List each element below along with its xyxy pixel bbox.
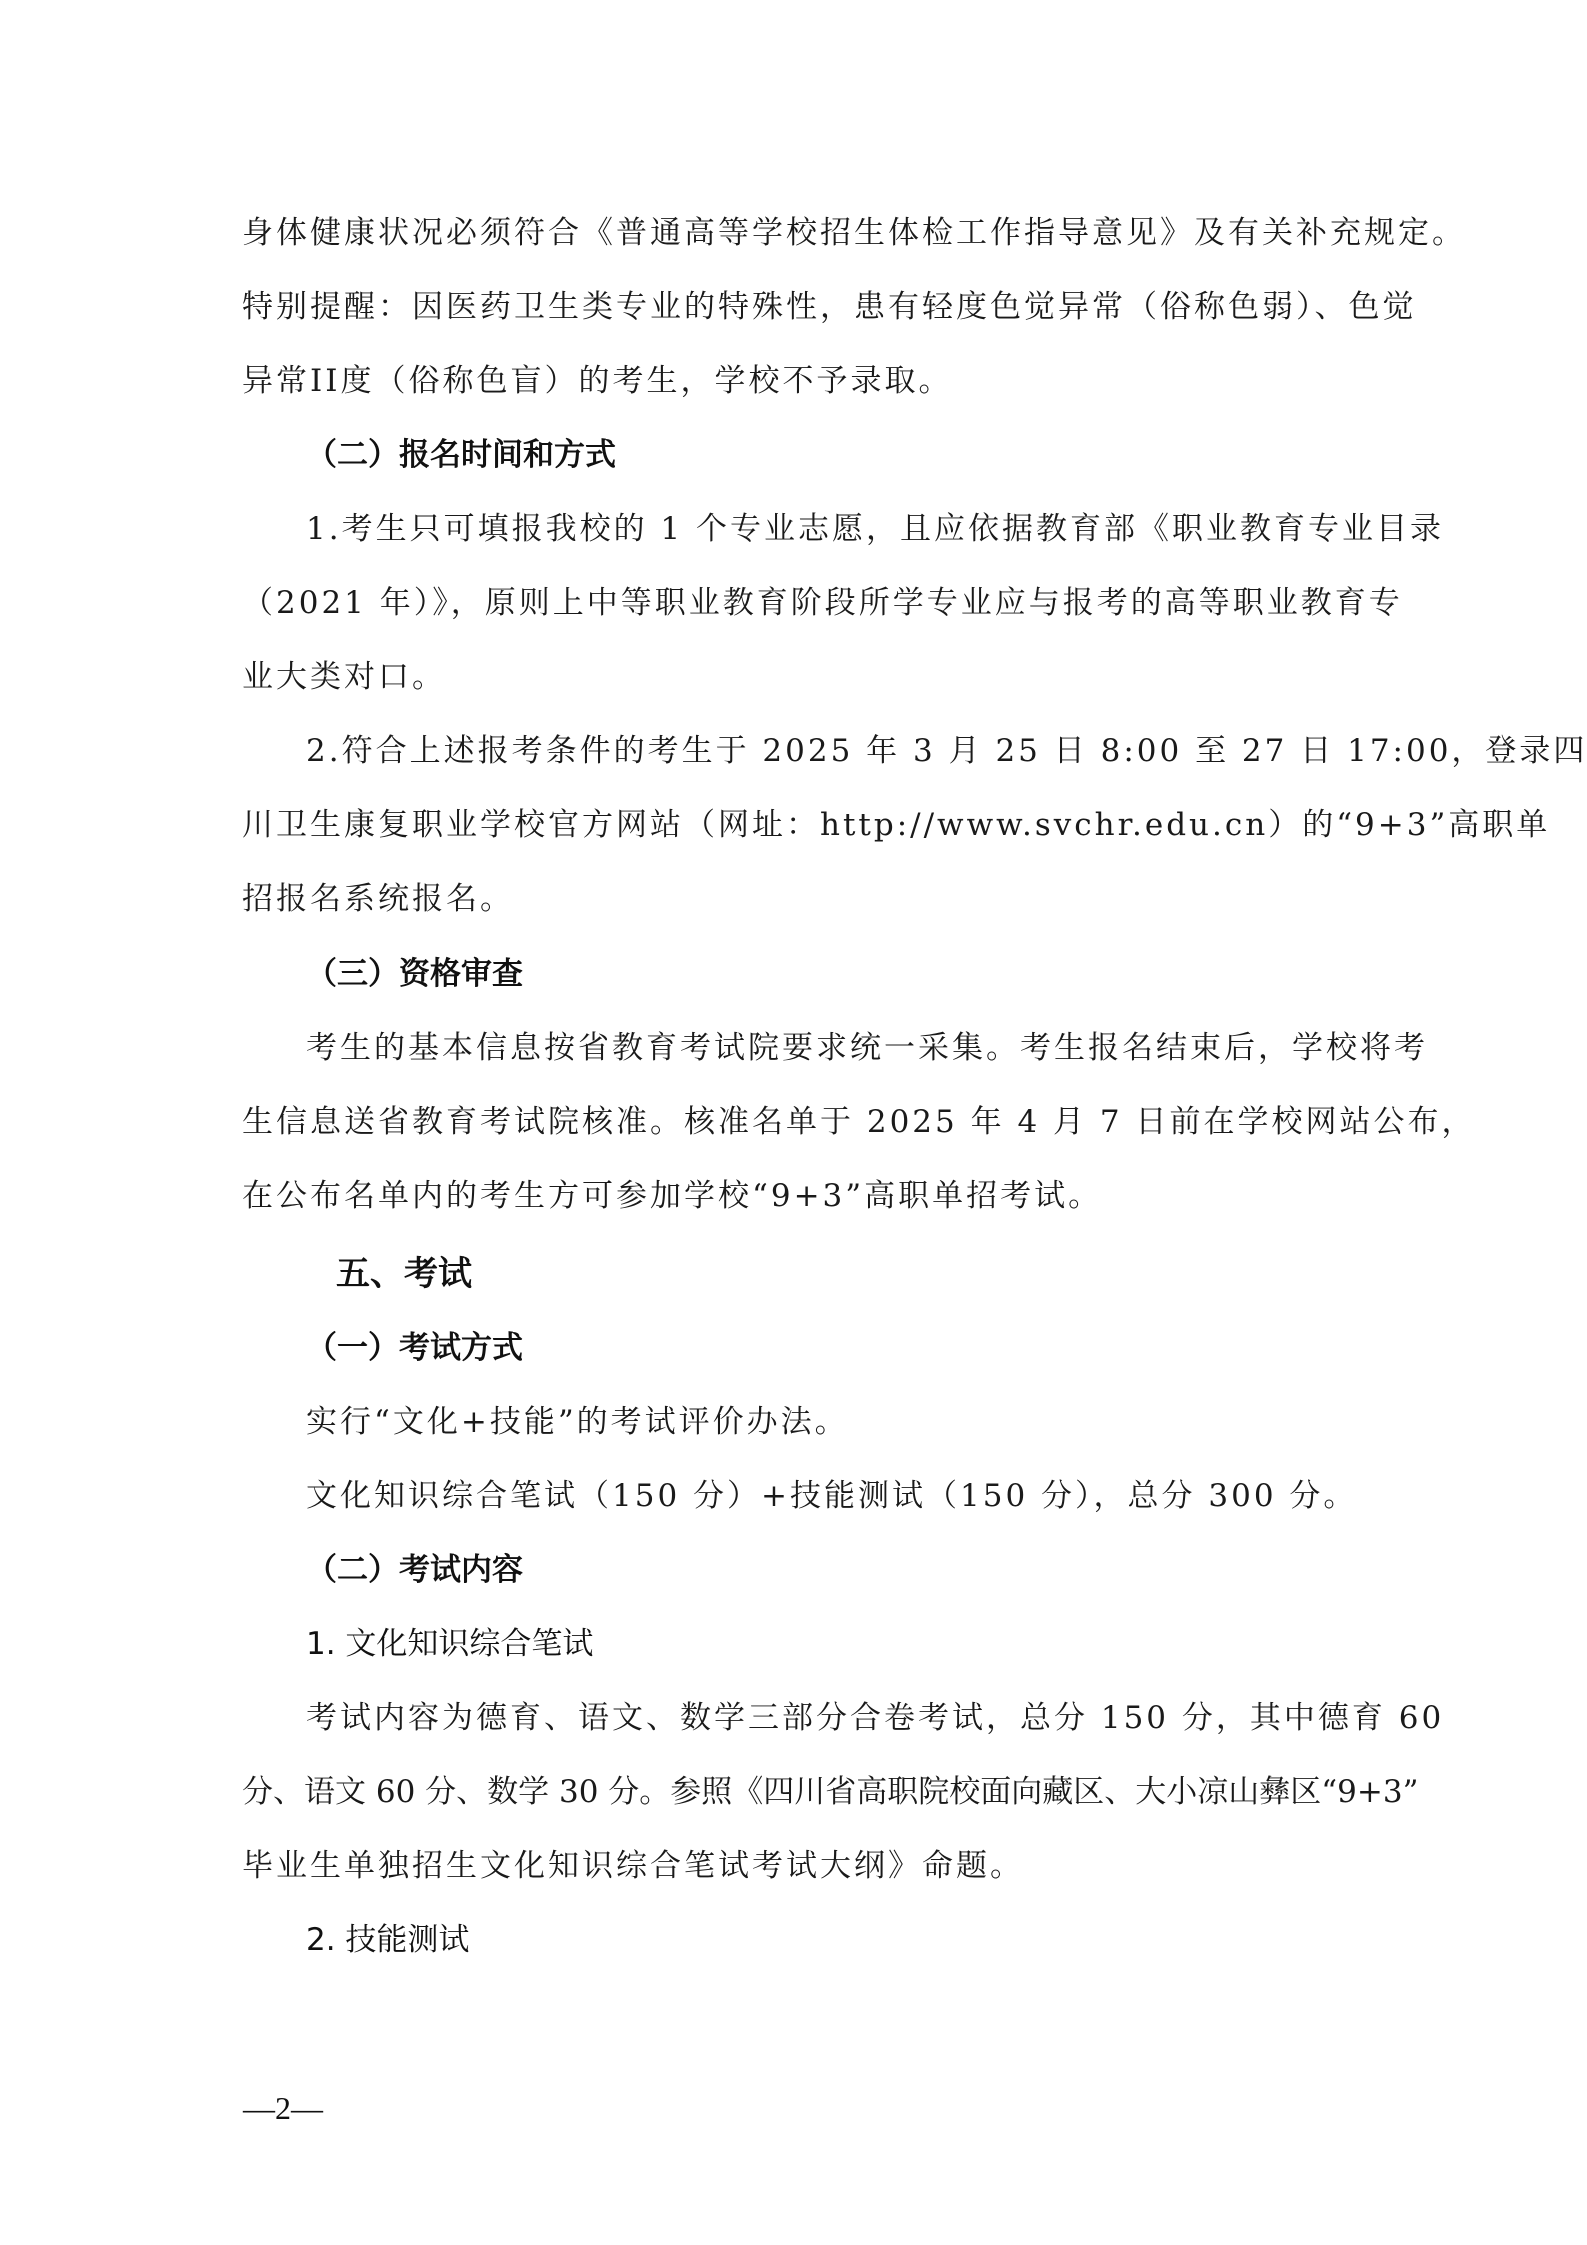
document-page: 身体健康状况必须符合《普通高等学校招生体检工作指导意见》及有关补充规定。 特别提…: [0, 0, 1587, 2245]
paragraph-line: 在公布名单内的考生方可参加学校“9+3”高职单招考试。: [242, 1176, 1352, 1216]
paragraph-line: 异常II度（俗称色盲）的考生，学校不予录取。: [242, 361, 1352, 401]
subsection-heading-skill-test: 2. 技能测试: [306, 1920, 469, 1960]
section-heading-qualification: （三）资格审查: [306, 954, 523, 994]
paragraph-line: 川卫生康复职业学校官方网站（网址：http://www.svchr.edu.cn…: [242, 805, 1352, 845]
chapter-heading-exam: 五、考试: [336, 1252, 472, 1296]
section-heading-exam-content: （二）考试内容: [306, 1550, 523, 1590]
section-heading-exam-method: （一）考试方式: [306, 1328, 523, 1368]
paragraph-line: 生信息送省教育考试院核准。核准名单于 2025 年 4 月 7 日前在学校网站公…: [242, 1102, 1352, 1142]
paragraph-line: 分、语文 60 分、数学 30 分。参照《四川省高职院校面向藏区、大小凉山彝区“…: [242, 1772, 1352, 1812]
paragraph-line: 业大类对口。: [242, 657, 1352, 697]
paragraph-line: 招报名系统报名。: [242, 879, 1352, 919]
paragraph-line: 考试内容为德育、语文、数学三部分合卷考试，总分 150 分，其中德育 60: [306, 1698, 1352, 1738]
section-heading-registration: （二）报名时间和方式: [306, 435, 616, 475]
paragraph-line: 文化知识综合笔试（150 分）+技能测试（150 分），总分 300 分。: [306, 1476, 1352, 1516]
paragraph-line: 毕业生单独招生文化知识综合笔试考试大纲》命题。: [242, 1846, 1352, 1886]
paragraph-line: 实行“文化+技能”的考试评价办法。: [306, 1402, 1352, 1442]
subsection-heading-written-test: 1. 文化知识综合笔试: [306, 1624, 593, 1664]
paragraph-line: 考生的基本信息按省教育考试院要求统一采集。考生报名结束后，学校将考: [306, 1028, 1352, 1068]
paragraph-line: 1.考生只可填报我校的 1 个专业志愿，且应依据教育部《职业教育专业目录: [306, 509, 1352, 549]
page-number: —2—: [243, 2088, 323, 2128]
paragraph-line: 特别提醒：因医药卫生类专业的特殊性，患有轻度色觉异常（俗称色弱）、色觉: [242, 287, 1352, 327]
paragraph-line: （2021 年）》，原则上中等职业教育阶段所学专业应与报考的高等职业教育专: [242, 583, 1352, 623]
paragraph-line: 身体健康状况必须符合《普通高等学校招生体检工作指导意见》及有关补充规定。: [242, 213, 1352, 253]
paragraph-line: 2.符合上述报考条件的考生于 2025 年 3 月 25 日 8:00 至 27…: [306, 731, 1352, 771]
